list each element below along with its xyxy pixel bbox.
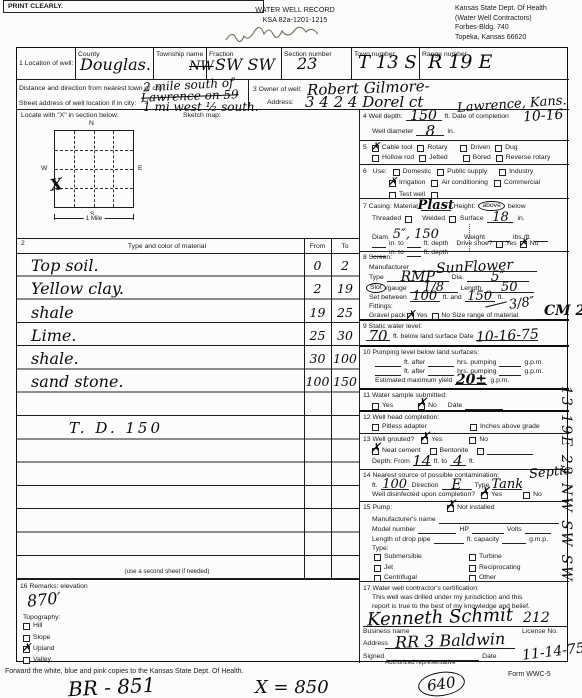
drop-pipe-label: Length of drop pipe — [372, 536, 431, 544]
screen-set-line: Set between 100 ft. and 150 ft. — [369, 293, 503, 302]
material-cell: Top soil. — [17, 255, 304, 276]
well-depth-blank[interactable]: 150 — [406, 112, 442, 121]
pumping-gpm-blank[interactable] — [499, 358, 521, 367]
grouted-yes-checkbox[interactable]: ✗ — [421, 437, 428, 444]
hrs-pumping-label: hrs. pumping — [457, 359, 496, 367]
divider — [153, 48, 154, 79]
yield-value: 20± — [456, 376, 487, 384]
model-number-label: Model number — [372, 526, 415, 534]
grout-other-checkbox[interactable] — [477, 448, 484, 455]
grouted-yes-label: Yes — [431, 436, 442, 444]
valley-checkbox[interactable] — [23, 657, 30, 664]
drive-shoe-yes-checkbox[interactable] — [496, 241, 503, 248]
test-well-checkbox[interactable] — [389, 192, 396, 199]
contamination-type-blank[interactable]: Tank — [492, 481, 522, 490]
check-mark: ✗ — [406, 309, 415, 320]
divider — [359, 109, 360, 663]
gravel-pack-no-label: No — [441, 312, 450, 320]
check-mark: ✗ — [419, 432, 430, 443]
well-diameter-blank[interactable]: 8 — [416, 127, 444, 136]
divider — [17, 79, 569, 80]
water-sample-line: Yes ✗ No Date — [372, 401, 503, 410]
divider — [359, 388, 569, 390]
height-label: Height: — [454, 203, 476, 211]
hollow-rod-label: Hollow rod — [382, 154, 414, 162]
static-date-blank[interactable]: 10-16-75 — [476, 332, 538, 341]
bored-label: Bored — [473, 154, 491, 162]
reverse-rotary-option[interactable]: Reverse rotary — [496, 154, 551, 162]
scale-bar: 1 Mile — [54, 214, 134, 220]
ft-depth-label: ft. depth — [424, 240, 449, 248]
static-water-level-line: 70 ft. below land surface Date 10-16-75 — [366, 332, 538, 341]
pumping-ft-blank[interactable] — [375, 358, 401, 367]
pump-mfr-line: Manufacturer's name — [372, 515, 559, 524]
to-cell: 100 — [331, 348, 359, 369]
irrigation-option[interactable]: ✗Irrigation — [389, 179, 425, 187]
industry-option[interactable]: Industry — [499, 168, 533, 176]
cable-tool-label: Cable tool — [382, 144, 413, 152]
set-to-blank[interactable]: 150 — [465, 293, 495, 302]
surface-blank[interactable]: 18 — [487, 214, 513, 223]
divider — [359, 410, 569, 412]
scale-label: 1 Mile — [84, 215, 105, 223]
check-mark: ✗ — [479, 487, 490, 498]
volts-label: Volts — [507, 526, 522, 534]
divider — [359, 164, 569, 165]
divider — [469, 224, 470, 251]
yield-blank[interactable]: 20± — [455, 376, 487, 385]
second-sheet-note: (use a second sheet if needed) — [77, 568, 257, 576]
jetted-checkbox[interactable] — [419, 155, 426, 162]
form-number-label: Form WWC-5 — [508, 671, 551, 679]
divider — [75, 48, 76, 79]
to-cell: 25 — [331, 302, 359, 323]
table-row[interactable]: sand stone. 100 150 — [17, 369, 359, 392]
total-depth-note: T. D. 150 — [17, 418, 304, 439]
direction-label: Direction — [412, 482, 439, 490]
divider — [17, 579, 359, 580]
public-supply-option[interactable]: Public supply — [437, 168, 487, 176]
town-number-value: T 13 S — [358, 52, 417, 73]
well-depth-label: 4 Well depth: — [363, 113, 403, 121]
street-address-label: Street address of well location if in ci… — [19, 100, 136, 108]
casing-line4: in. to ft. depth Drive shoe? Yes ✗ No — [372, 239, 538, 248]
divider — [351, 48, 352, 79]
centrifugal-label: Centrifugal — [384, 574, 417, 582]
from-cell: 19 — [304, 302, 331, 323]
model-number-blank[interactable] — [418, 525, 456, 534]
disinfected-label: Well disinfected upon completion? — [372, 491, 475, 499]
casing-in-blank[interactable] — [372, 239, 386, 248]
bottom-note-br: BR - 851 — [67, 673, 156, 698]
use-row3: Test well — [389, 190, 533, 199]
air-conditioning-checkbox[interactable] — [431, 180, 438, 187]
not-installed-checkbox[interactable]: ✗ — [447, 505, 454, 512]
section-grid[interactable]: X — [54, 130, 134, 208]
check-mark: ✗ — [416, 398, 427, 409]
signature-line[interactable] — [363, 626, 567, 627]
rotary-checkbox[interactable] — [417, 145, 424, 152]
welded-checkbox[interactable] — [449, 216, 456, 223]
topography-option-upland[interactable]: ✗ Upland — [23, 645, 55, 653]
form-title: WATER WELL RECORD KSA 82a-1201-1215 — [215, 6, 375, 24]
screen-title: 8 Screen: — [363, 254, 392, 262]
contamination-type-value: Tank — [491, 481, 523, 489]
drive-shoe-no-checkbox[interactable]: ✗ — [520, 241, 527, 248]
material-cell: sand stone. — [17, 371, 304, 392]
valley-label: Valley — [33, 656, 51, 664]
check-mark: ✗ — [22, 642, 31, 653]
drill-method-row1: 5 ✗Cable tool Rotary Driven Dug — [363, 144, 518, 152]
divider — [281, 48, 282, 79]
topography-option-valley[interactable]: Valley — [23, 656, 51, 664]
air-conditioning-option[interactable]: Air conditioning — [431, 179, 487, 187]
size-range-blank[interactable] — [520, 311, 536, 320]
agency-line3: Forbes-Bldg. 740 — [455, 23, 547, 33]
pitless-adapter-checkbox[interactable] — [372, 424, 379, 431]
pump-title-line: 15 Pump: ✗ Not installed — [363, 504, 495, 512]
use-row2: ✗Irrigation Air conditioning Commercial — [389, 179, 540, 187]
grout-ft-to-label: ft. to — [434, 458, 447, 466]
grout-depth-line: Depth: From 14 ft. to 4 ft. — [372, 457, 475, 466]
dia-blank[interactable]: 5″ — [467, 273, 529, 282]
grout-depth-label: Depth: From — [372, 458, 410, 466]
well-depth-value: 150 — [410, 112, 437, 120]
divider — [55, 188, 133, 189]
ft-after-label2: ft. after — [404, 368, 425, 376]
set-to-value: 150 — [467, 293, 492, 301]
commercial-checkbox[interactable] — [494, 180, 501, 187]
signed-date-label: Date — [482, 653, 496, 661]
material-column-header: Type and color of material — [77, 243, 257, 251]
disinfected-yes-checkbox[interactable]: ✗ — [481, 492, 488, 499]
sample-no-checkbox[interactable]: ✗ — [418, 403, 425, 410]
section-x-mark: X — [49, 174, 64, 195]
turbine-label: Turbine — [479, 553, 502, 561]
jetted-label: Jetted — [429, 154, 448, 162]
contamination-ft-value: 100 — [382, 481, 407, 489]
driven-label: Driven — [470, 144, 490, 152]
contamination-ft-blank[interactable]: 100 — [381, 481, 409, 490]
table-row[interactable]: Top soil. 0 2 — [17, 253, 359, 276]
domestic-label: Domestic — [403, 168, 431, 176]
divider — [359, 140, 569, 141]
slot-label: Slot — [366, 283, 386, 293]
bottom-note-circled: 640 — [417, 669, 467, 698]
ft-after-label: ft. after — [404, 359, 425, 367]
jet-checkbox[interactable] — [374, 565, 381, 572]
grout-to-value: 4 — [453, 457, 463, 465]
from-cell: 100 — [304, 371, 331, 392]
owner-address-value: 3 4 2 4 Dorel ct — [305, 93, 423, 111]
divider — [55, 169, 133, 170]
reciprocating-label: Reciprocating — [479, 564, 521, 572]
neat-cement-checkbox[interactable]: ✗ — [372, 448, 379, 455]
to-cell: 30 — [331, 325, 359, 346]
direction-value: E — [451, 481, 461, 489]
locate-with-x-label: Locate with "X" in section below: — [21, 112, 119, 120]
upland-checkbox[interactable]: ✗ — [23, 646, 30, 653]
sample-yes-checkbox[interactable] — [372, 403, 379, 410]
screen-type-label: Type — [369, 274, 384, 282]
disinfected-no-label: No — [533, 491, 542, 499]
reciprocating-option[interactable]: Reciprocating — [469, 564, 521, 572]
topography-label: Topography: — [23, 614, 60, 622]
item6-number: 6 — [363, 168, 367, 176]
table-row[interactable]: shale. 30 100 — [17, 346, 359, 369]
pencil-scribble — [222, 26, 342, 46]
hp-blank[interactable] — [472, 525, 504, 534]
centrifugal-checkbox[interactable] — [374, 575, 381, 582]
cable-tool-option[interactable]: ✗Cable tool — [372, 144, 413, 152]
north-label: N — [89, 120, 94, 128]
to-cell: 150 — [331, 371, 359, 392]
commercial-label: Commercial — [504, 179, 540, 187]
grout-to-blank[interactable]: 4 — [450, 457, 466, 466]
gravel-pack-label: Gravel pack — [369, 312, 405, 320]
grout-ft-label: ft. — [469, 458, 475, 466]
pump-other-option[interactable]: Other — [469, 574, 496, 582]
license-no-label: License No. — [522, 628, 558, 636]
centrifugal-option[interactable]: Centrifugal — [374, 574, 417, 582]
other-use-blank[interactable] — [441, 190, 533, 199]
topography-option-hill[interactable]: Hill — [23, 622, 42, 630]
gpm-label2: g.p.m. — [524, 368, 543, 376]
dug-checkbox[interactable] — [495, 145, 502, 152]
table-row[interactable] — [17, 393, 359, 416]
rotary-option[interactable]: Rotary — [417, 144, 447, 152]
reciprocating-checkbox[interactable] — [469, 565, 476, 572]
cable-tool-checkbox[interactable]: ✗ — [372, 145, 379, 152]
pump-title: 15 Pump: — [363, 504, 392, 512]
divider — [17, 238, 359, 239]
disinfected-line: Well disinfected upon completion? ✗ Yes … — [372, 491, 542, 499]
casing-material-value: Plast — [418, 202, 454, 210]
check-mark: ✗ — [371, 141, 380, 152]
pumping-ft-blank2[interactable] — [375, 367, 401, 376]
divider — [359, 501, 569, 502]
submersible-checkbox[interactable] — [374, 554, 381, 561]
gravel-pack-yes-checkbox[interactable]: ✗ — [407, 313, 414, 320]
table-row[interactable]: T. D. 150 — [17, 416, 359, 439]
item5-number: 5 — [363, 144, 367, 152]
gauge-label: /gauge — [386, 285, 407, 293]
threaded-label: Threaded — [372, 215, 401, 223]
pumping-level-title: 10 Pumping level below land surfaces: — [363, 349, 479, 357]
gmp-label: g.m.p. — [529, 536, 548, 544]
casing-material-label: 7 Casing: Material — [363, 203, 418, 211]
jet-label: Jet — [384, 564, 393, 572]
capacity-blank[interactable] — [502, 535, 526, 544]
static-level-blank[interactable]: 70 — [366, 332, 390, 341]
well-depth-line: 4 Well depth: 150 ft. Date of completion — [363, 112, 509, 121]
well-diameter-label: Well diameter — [372, 128, 413, 136]
in-to-label: in. to — [389, 240, 404, 248]
threaded-checkbox[interactable] — [405, 216, 412, 223]
hollow-rod-option[interactable]: Hollow rod — [372, 154, 414, 162]
size-range-note: CM 2 — [544, 303, 582, 319]
well-diameter-line: Well diameter 8 in. — [372, 127, 455, 136]
pump-other-label: Other — [479, 574, 496, 582]
drop-pipe-line: Length of drop pipe ft. capacity g.m.p. — [372, 535, 548, 544]
gravel-pack-no-checkbox[interactable] — [432, 313, 439, 320]
well-grouted-line: 13 Well grouted? ✗ Yes No — [363, 436, 488, 444]
table-row[interactable]: shale 19 25 — [17, 300, 359, 323]
address-line[interactable] — [385, 648, 515, 649]
static-date-value: 10-16-75 — [476, 330, 539, 341]
hill-label: Hill — [33, 622, 42, 630]
county-value: Douglas. — [80, 55, 151, 74]
static-level-value: 70 — [368, 332, 387, 340]
to-cell: 19 — [331, 278, 359, 299]
form-title-line1: WATER WELL RECORD — [215, 6, 375, 14]
owner-of-well-label: 3 Owner of well: — [253, 86, 302, 94]
divider — [55, 150, 133, 151]
surface-in-label: in. — [517, 215, 524, 223]
drill-method-row2: Hollow rod Jetted Bored Reverse rotary — [372, 154, 550, 162]
pumping-gpm-blank2[interactable] — [499, 367, 521, 376]
divider — [359, 345, 569, 347]
commercial-option[interactable]: Commercial — [494, 179, 540, 187]
pumping-hrs-blank[interactable] — [428, 358, 454, 367]
township-label: Township name — [156, 51, 203, 59]
well-diameter-value: 8 — [426, 127, 436, 135]
bottom-note-x: X = 850 — [255, 677, 329, 698]
jetted-option[interactable]: Jetted — [419, 154, 448, 162]
turbine-option[interactable]: Turbine — [469, 553, 502, 561]
to-cell: 2 — [331, 255, 359, 276]
water-sample-title: 11 Water sample submitted: — [363, 392, 447, 400]
sample-yes-label: Yes — [382, 402, 393, 410]
print-clearly-label: PRINT CLEARLY. — [8, 3, 63, 11]
capacity-label: ft. capacity — [467, 536, 500, 544]
agency-line4: Topeka, Kansas 66620 — [455, 33, 547, 43]
reverse-rotary-label: Reverse rotary — [506, 154, 551, 162]
well-head-title: 12 Well head completion: — [363, 414, 439, 422]
dug-label: Dug — [505, 144, 517, 152]
margin-location-note: 13 19E 23 NW SW SW — [558, 386, 574, 696]
grout-from-blank[interactable]: 14 — [413, 457, 431, 466]
authorized-representative-label: Authorized representative — [385, 659, 456, 667]
gravel-pack-yes-label: Yes — [416, 312, 427, 320]
domestic-option[interactable]: Domestic — [393, 168, 431, 176]
drive-shoe-no-label: No — [530, 240, 539, 248]
turbine-checkbox[interactable] — [469, 554, 476, 561]
fraction-value: SW SW — [215, 55, 275, 74]
welded-label: Welded — [422, 215, 445, 223]
pump-mfr-blank[interactable] — [439, 515, 559, 524]
bored-option[interactable]: Bored — [463, 154, 491, 162]
to-column-header: To — [332, 243, 358, 251]
driven-checkbox[interactable] — [460, 145, 467, 152]
grouted-no-checkbox[interactable] — [469, 437, 476, 444]
table-row[interactable]: Lime. 25 30 — [17, 323, 359, 346]
grout-other-blank[interactable] — [487, 446, 533, 455]
volts-blank[interactable] — [525, 525, 551, 534]
disinfected-no-checkbox[interactable] — [523, 492, 530, 499]
fittings-note-value: 3/8″ — [508, 294, 536, 312]
east-label: E — [138, 165, 143, 173]
certification-text1: This well was drilled under my jurisdict… — [372, 594, 522, 602]
from-column-header: From — [305, 243, 330, 251]
pump-mfr-label: Manufacturer's name — [372, 516, 436, 524]
air-conditioning-label: Air conditioning — [441, 179, 487, 187]
industry-checkbox[interactable] — [499, 169, 506, 176]
bored-checkbox[interactable] — [463, 155, 470, 162]
yield-gpm-label: g.p.m. — [490, 377, 509, 385]
grouted-no-label: No — [479, 436, 488, 444]
section-number-value: 23 — [297, 54, 317, 73]
check-mark: ✗ — [388, 176, 397, 187]
water-well-record-form: PRINT CLEARLY. WATER WELL RECORD KSA 82a… — [0, 0, 582, 698]
township-value: NW — [189, 59, 214, 74]
yield-line: Estimated maximum yield 20± g.p.m. — [375, 376, 509, 385]
signed-label: Signed — [363, 653, 384, 661]
direction-blank[interactable]: E — [442, 481, 472, 490]
in-label: in. — [447, 128, 454, 136]
surface-value: 18 — [492, 214, 509, 222]
casing-material-blank[interactable]: Plast — [421, 202, 451, 211]
contamination-ft-label: ft. — [372, 482, 378, 490]
irrigation-checkbox[interactable]: ✗ — [389, 180, 396, 187]
grout-from-value: 14 — [412, 457, 431, 465]
table-row[interactable]: Yellow clay. 2 19 — [17, 276, 359, 299]
public-supply-checkbox[interactable] — [437, 169, 444, 176]
pumping-hrs-blank2[interactable] — [428, 367, 454, 376]
industry-label: Industry — [509, 168, 533, 176]
elevation-value: 870′ — [26, 588, 62, 610]
material-cell: shale. — [17, 348, 304, 369]
driven-option[interactable]: Driven — [460, 144, 490, 152]
sample-date-label: Date — [448, 402, 462, 410]
length-value: 50 — [501, 284, 518, 292]
from-cell: 25 — [304, 325, 331, 346]
dug-option[interactable]: Dug — [495, 144, 517, 152]
inches-above-grade-label: Inches above grade — [480, 423, 540, 431]
from-cell: 30 — [304, 348, 331, 369]
divider — [359, 433, 569, 434]
location-of-well-label: 1 Location of well: — [19, 60, 73, 68]
inches-above-grade-checkbox[interactable] — [470, 424, 477, 431]
agency-line1: Kansas State Dept. Of Health — [455, 4, 547, 14]
set-from-blank[interactable]: 100 — [410, 293, 440, 302]
jet-option[interactable]: Jet — [374, 564, 393, 572]
not-installed-label: Not installed — [457, 504, 494, 512]
pumping-line1: ft. after hrs. pumping g.p.m. — [375, 358, 543, 367]
sample-date-blank[interactable] — [465, 401, 503, 410]
casing-ft-blank[interactable] — [407, 239, 421, 248]
casing-ft-blank2[interactable] — [407, 248, 421, 257]
agency-line2: (Water Well Contractors) — [455, 14, 547, 24]
hill-checkbox[interactable] — [23, 623, 30, 630]
form-title-line2: KSA 82a-1201-1215 — [215, 16, 375, 24]
west-label: W — [41, 165, 47, 173]
surface-label: Surface — [460, 215, 483, 223]
reverse-rotary-checkbox[interactable] — [496, 155, 503, 162]
owner-address-label: Address: — [267, 99, 294, 107]
fittings-label: Fittings: — [369, 303, 393, 311]
table-number: 2 — [21, 240, 25, 248]
irrigation-label: Irrigation — [399, 179, 425, 187]
dia-label: Dia. — [452, 274, 464, 282]
hollow-rod-checkbox[interactable] — [372, 155, 379, 162]
pump-other-checkbox[interactable] — [469, 575, 476, 582]
form-body: 1 Location of well: County Douglas. Town… — [16, 47, 568, 662]
screen-manufacturer-line: Manufacturer SunFlower — [369, 263, 537, 272]
submersible-option[interactable]: Submersible — [374, 553, 422, 561]
upland-label: Upland — [33, 645, 55, 653]
drop-pipe-blank[interactable] — [434, 535, 464, 544]
